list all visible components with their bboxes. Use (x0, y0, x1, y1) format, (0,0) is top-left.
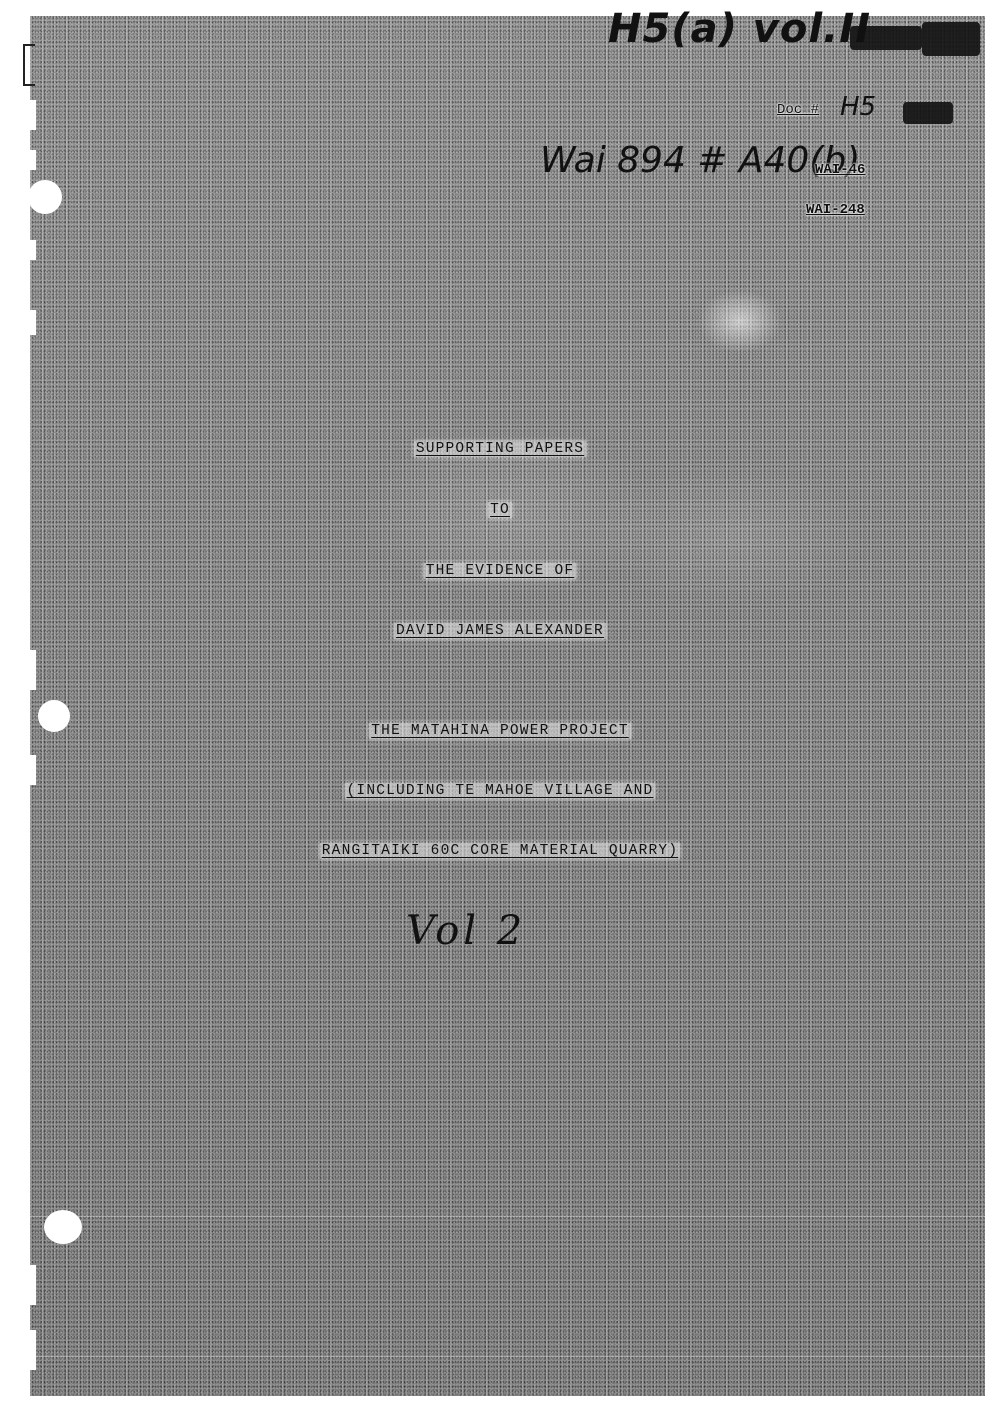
title-witness-name: DAVID JAMES ALEXANDER (0, 623, 1000, 639)
edge-notch (22, 100, 36, 130)
binding-bracket-mark (23, 44, 35, 86)
edge-notch (22, 650, 36, 690)
title-text: (INCLUDING TE MAHOE VILLAGE AND (345, 783, 656, 799)
title-text: THE MATAHINA POWER PROJECT (369, 723, 630, 739)
handwritten-wai-894-reference: Wai 894 # A40(b) (540, 140, 860, 181)
title-text: THE EVIDENCE OF (424, 563, 577, 579)
title-text: RANGITAIKI 60C CORE MATERIAL QUARRY) (320, 843, 680, 859)
handwritten-reference-h5a: H5(a) vol.II (608, 6, 871, 52)
crossed-out-mark (903, 102, 953, 124)
title-text: SUPPORTING PAPERS (414, 441, 586, 457)
handwritten-volume: Vol 2 (406, 908, 526, 954)
doc-number-label: Doc # (777, 102, 819, 118)
handwritten-doc-number: H5 (840, 92, 876, 122)
edge-notch (22, 1265, 36, 1305)
title-text: TO (488, 502, 512, 518)
title-text: DAVID JAMES ALEXANDER (394, 623, 606, 639)
scan-artifact-line (30, 1216, 985, 1217)
title-to: TO (0, 502, 1000, 518)
title-project: THE MATAHINA POWER PROJECT (0, 723, 1000, 739)
title-including: (INCLUDING TE MAHOE VILLAGE AND (0, 783, 1000, 799)
title-quarry: RANGITAIKI 60C CORE MATERIAL QUARRY) (0, 843, 1000, 859)
edge-notch (22, 150, 36, 170)
edge-notch (22, 1330, 36, 1370)
wai-248-stamp: WAI-248 (806, 202, 865, 218)
punch-hole (28, 180, 62, 214)
punch-hole (44, 1210, 82, 1244)
wai-46-stamp: WAI-46 (815, 162, 865, 178)
title-evidence-of: THE EVIDENCE OF (0, 563, 1000, 579)
crossed-out-mark (922, 22, 980, 56)
crossed-out-mark (850, 26, 922, 50)
edge-notch (22, 755, 36, 785)
title-supporting-papers: SUPPORTING PAPERS (0, 441, 1000, 457)
edge-notch (22, 310, 36, 335)
scanned-page (30, 16, 985, 1396)
scan-artifact-line (30, 1356, 985, 1357)
edge-notch (22, 240, 36, 260)
